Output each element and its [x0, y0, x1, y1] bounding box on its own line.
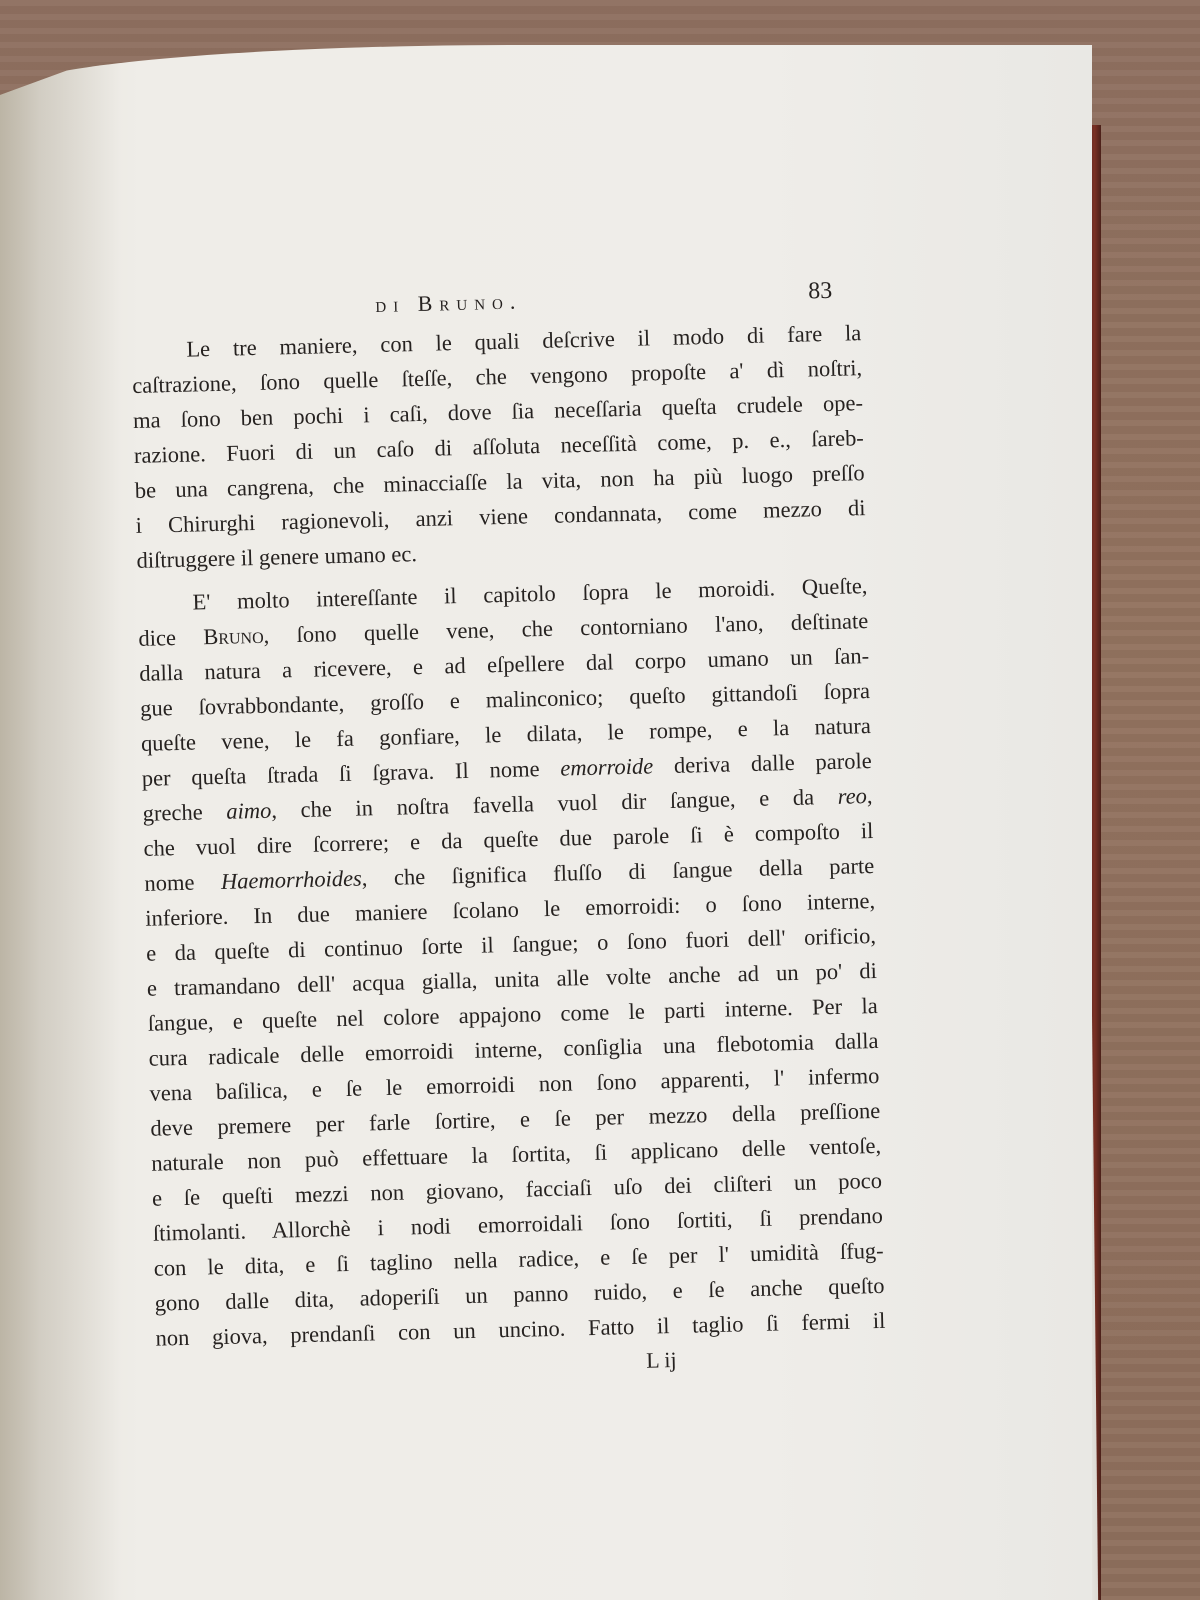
paragraph-1: Le tre maniere, con le quali deſcrive il… — [131, 315, 867, 578]
paragraph-2: E' molto intereſſante il capitolo ſopra … — [137, 568, 886, 1356]
italic-text: reo — [837, 783, 867, 809]
page-content: di Bruno. 83 Le tre maniere, con le qual… — [130, 275, 886, 1386]
italic-text: aimo — [226, 798, 272, 824]
italic-text: Haemorrhoides — [221, 866, 362, 894]
running-title: di Bruno. — [375, 288, 523, 318]
italic-text: emorroide — [560, 753, 653, 780]
page-number: 83 — [808, 278, 833, 306]
small-caps-text: Bruno — [203, 623, 264, 649]
